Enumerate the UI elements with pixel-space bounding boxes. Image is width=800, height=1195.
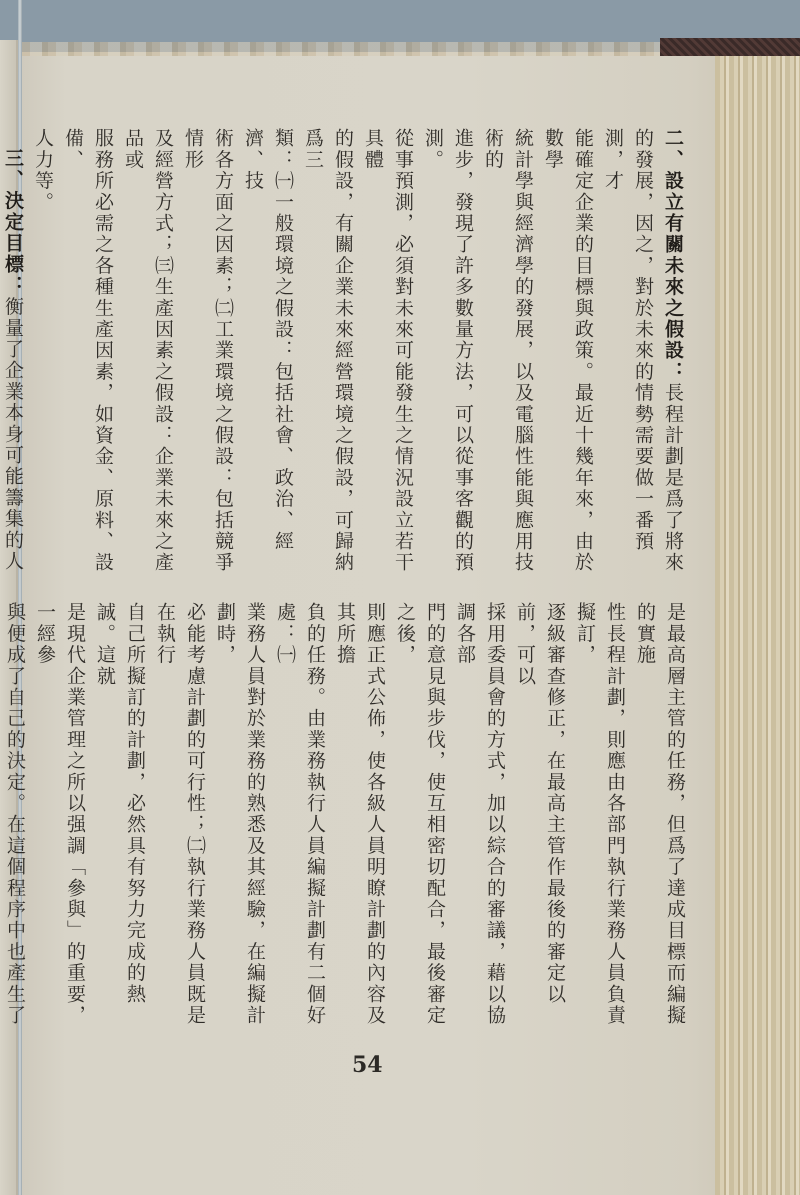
text-line: 則應正式公佈，使各級人員明瞭計劃的內容及其所擔 <box>330 602 390 1042</box>
upper-text-block: 二、設立有關未來之假設：長程計劃是爲了將來 的發展，因之，對於未來的情勢需要做一… <box>68 128 688 583</box>
text-line: 術各方面之因素；㈡工業環境之假設：包括競爭情形 <box>178 128 238 583</box>
text-line: 服務所必需之各種生產因素，如資金、原料、設備、 <box>58 128 118 583</box>
text-line: 性長程計劃，則應由各部門執行業務人員負責擬訂， <box>570 602 630 1042</box>
text-line: 的假設，有關企業未來經營環境之假設，可歸納爲三 <box>298 128 358 583</box>
text-line: 是現代企業管理之所以强調「參與」的重要，一經參 <box>30 602 90 1042</box>
text-line: 能確定企業的目標與政策。最近十幾年來，由於數學 <box>538 128 598 583</box>
page-number: 54 <box>352 1052 383 1078</box>
text-line: 與便成了自己的決定。在這個程序中也產生了企業管 <box>0 602 30 1042</box>
text-line: 門的意見與步伐，使互相密切配合，最後審定之後， <box>390 602 450 1042</box>
section-heading: 二、設立有關未來之假設： <box>662 128 684 382</box>
text-line: 從事預測，必須對未來可能發生之情況設立若干具體 <box>358 128 418 583</box>
page-stack-edge <box>715 56 800 1195</box>
book-cover-edge <box>660 38 800 56</box>
page-top-edge <box>22 42 672 56</box>
text-line: 必能考慮計劃的可行性；㈡執行業務人員既是在執行 <box>150 602 210 1042</box>
section-3-heading-line: 三、決定目標：衡量了企業本身可能籌集的人力 <box>0 128 28 583</box>
text-line: 長程計劃是爲了將來 <box>662 382 684 573</box>
lower-text-block: 是最高層主管的任務，但爲了達成目標而編擬的實施 性長程計劃，則應由各部門執行業務… <box>70 602 690 1042</box>
text-line: 是最高層主管的任務，但爲了達成目標而編擬的實施 <box>630 602 690 1042</box>
text-line: 人力等。 <box>28 128 58 583</box>
text-line: 統計學與經濟學的發展，以及電腦性能與應用技術的 <box>478 128 538 583</box>
text-line: 的發展，因之，對於未來的情勢需要做一番預測，才 <box>598 128 658 583</box>
text-line: 及經營方式；㈢生產因素之假設：企業未來之產品或 <box>118 128 178 583</box>
text-line: 逐級審查修正，在最高主管作最後的審定以前，可以 <box>510 602 570 1042</box>
section-heading: 三、決定目標： <box>2 148 24 296</box>
section-2-heading-line: 二、設立有關未來之假設：長程計劃是爲了將來 <box>658 128 688 583</box>
text-line: 類：㈠一般環境之假設：包括社會、政治、經濟、技 <box>238 128 298 583</box>
text-line: 採用委員會的方式，加以綜合的審議，藉以協調各部 <box>450 602 510 1042</box>
text-line: 自己所擬訂的計劃，必然具有努力完成的熱誠。這就 <box>90 602 150 1042</box>
text-line: 進步，發現了許多數量方法，可以從事客觀的預測。 <box>418 128 478 583</box>
text-line: 負的任務。由業務執行人員編擬計劃有二個好處：㈠ <box>270 602 330 1042</box>
text-line: 業務人員對於業務的熟悉及其經驗，在編擬計劃時， <box>210 602 270 1042</box>
